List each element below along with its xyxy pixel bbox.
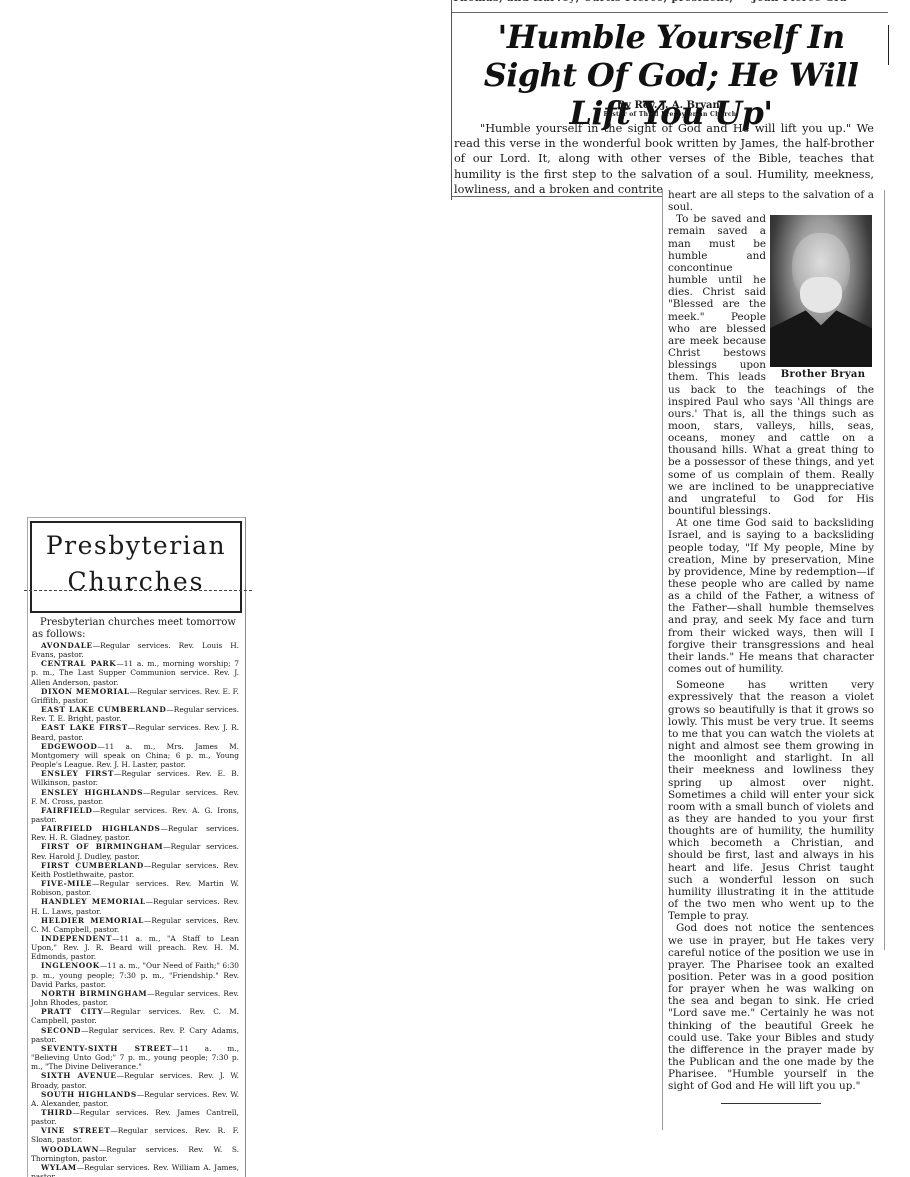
article-body: heart are all steps to the salvation of … — [668, 189, 874, 1104]
church-name: SECOND — [41, 1026, 81, 1035]
section-title-line1: Presbyterian — [32, 531, 240, 561]
byline-title: Pastor of Third Presbyterian Church — [452, 111, 888, 118]
church-name: EAST LAKE FIRST — [41, 723, 128, 732]
church-name: CENTRAL PARK — [41, 659, 116, 668]
column-border-left — [662, 190, 663, 1130]
intro-text: Presbyterian churches meet tomorrow as f… — [32, 617, 236, 640]
church-name: AVONDALE — [41, 641, 93, 650]
clip-border-right — [245, 517, 246, 1177]
church-name: FAIRFIELD — [41, 806, 93, 815]
list-item: FAIRFIELD HIGHLANDS—Regular services. Re… — [31, 824, 239, 842]
list-item: SOUTH HIGHLANDS—Regular services. Rev. W… — [31, 1090, 239, 1108]
list-item: FAIRFIELD—Regular services. Rev. A. G. I… — [31, 806, 239, 824]
list-item: INDEPENDENT—11 a. m., "A Staff to Lean U… — [31, 934, 239, 961]
list-item: PRATT CITY—Regular services. Rev. C. M. … — [31, 1007, 239, 1025]
list-item: SECOND—Regular services. Rev. P. Cary Ad… — [31, 1026, 239, 1044]
church-name: HELDIER MEMORIAL — [41, 916, 144, 925]
church-name: NORTH BIRMINGHAM — [41, 989, 147, 998]
list-item: WYLAM—Regular services. Rev. William A. … — [31, 1163, 239, 1177]
list-item: FIRST CUMBERLAND—Regular services. Rev. … — [31, 861, 239, 879]
church-name: SOUTH HIGHLANDS — [41, 1090, 137, 1099]
end-rule — [721, 1103, 821, 1104]
church-name: INGLENOOK — [41, 961, 100, 970]
clip-border-right — [888, 25, 889, 65]
photo-caption: Brother Bryan — [770, 369, 876, 381]
list-item: FIVE-MILE—Regular services. Rev. Martin … — [31, 879, 239, 897]
list-item: HELDIER MEMORIAL—Regular services. Rev. … — [31, 916, 239, 934]
section-title-line2: Churches — [32, 567, 240, 597]
fold-line — [24, 590, 252, 591]
church-name: EAST LAKE CUMBERLAND — [41, 705, 166, 714]
list-item: WOODLAWN—Regular services. Rev. W. S. Th… — [31, 1145, 239, 1163]
lead-paragraph: "Humble yourself in the sight of God and… — [454, 121, 874, 197]
section-title-box: Presbyterian Churches — [30, 521, 242, 613]
church-name: FIVE-MILE — [41, 879, 92, 888]
church-name: SIXTH AVENUE — [41, 1071, 117, 1080]
list-item: CENTRAL PARK—11 a. m., morning worship; … — [31, 659, 239, 686]
paragraph: At one time God said to backsliding Isra… — [668, 517, 874, 675]
church-name: ENSLEY FIRST — [41, 769, 114, 778]
church-list: AVONDALE—Regular services. Rev. Louis H.… — [31, 641, 239, 1177]
church-name: HANDLEY MEMORIAL — [41, 897, 146, 906]
byline: By Rev. J. A. Bryan, — [452, 100, 888, 111]
previous-article-strip: Thomas, and Harvey; Curtis Pierce, presi… — [452, 0, 888, 4]
list-item: NORTH BIRMINGHAM—Regular services. Rev. … — [31, 989, 239, 1007]
list-item: ENSLEY FIRST—Regular services. Rev. E. B… — [31, 769, 239, 787]
list-item: AVONDALE—Regular services. Rev. Louis H.… — [31, 641, 239, 659]
church-name: FIRST CUMBERLAND — [41, 861, 144, 870]
church-name: FAIRFIELD HIGHLANDS — [41, 824, 160, 833]
church-name: FIRST OF BIRMINGHAM — [41, 842, 163, 851]
church-name: THIRD — [41, 1108, 73, 1117]
paragraph: God does not notice the sentences we use… — [668, 922, 874, 1092]
list-item: HANDLEY MEMORIAL—Regular services. Rev. … — [31, 897, 239, 915]
list-item: DIXON MEMORIAL—Regular services. Rev. E.… — [31, 687, 239, 705]
list-item: SIXTH AVENUE—Regular services. Rev. J. W… — [31, 1071, 239, 1089]
church-name: EDGEWOOD — [41, 742, 97, 751]
list-item: INGLENOOK—11 a. m., "Our Need of Faith;"… — [31, 961, 239, 988]
church-name: DIXON MEMORIAL — [41, 687, 130, 696]
list-item: THIRD—Regular services. Rev. James Cantr… — [31, 1108, 239, 1126]
church-name: ENSLEY HIGHLANDS — [41, 788, 143, 797]
church-name: VINE STREET — [41, 1126, 110, 1135]
church-name: SEVENTY-SIXTH STREET — [41, 1044, 172, 1053]
portrait-photo — [770, 215, 872, 367]
church-name: WOODLAWN — [41, 1145, 99, 1154]
list-item: FIRST OF BIRMINGHAM—Regular services. Re… — [31, 842, 239, 860]
article-header: Thomas, and Harvey; Curtis Pierce, presi… — [452, 0, 888, 200]
paragraph: heart are all steps to the salvation of … — [668, 189, 874, 213]
list-item: EAST LAKE CUMBERLAND—Regular services. R… — [31, 705, 239, 723]
photo-block: Brother Bryan — [770, 215, 876, 381]
paragraph: Someone has written very expressively th… — [668, 679, 874, 922]
church-name: PRATT CITY — [41, 1007, 103, 1016]
list-item: SEVENTY-SIXTH STREET—11 a. m., "Believin… — [31, 1044, 239, 1071]
list-item: EAST LAKE FIRST—Regular services. Rev. J… — [31, 723, 239, 741]
church-name: WYLAM — [41, 1163, 77, 1172]
church-name: INDEPENDENT — [41, 934, 112, 943]
column-border-right — [884, 190, 885, 950]
list-item: VINE STREET—Regular services. Rev. R. F.… — [31, 1126, 239, 1144]
list-item: ENSLEY HIGHLANDS—Regular services. Rev. … — [31, 788, 239, 806]
church-listing: Presbyterian Churches Presbyterian churc… — [28, 517, 245, 1177]
list-item: EDGEWOOD—11 a. m., Mrs. James M. Montgom… — [31, 742, 239, 769]
